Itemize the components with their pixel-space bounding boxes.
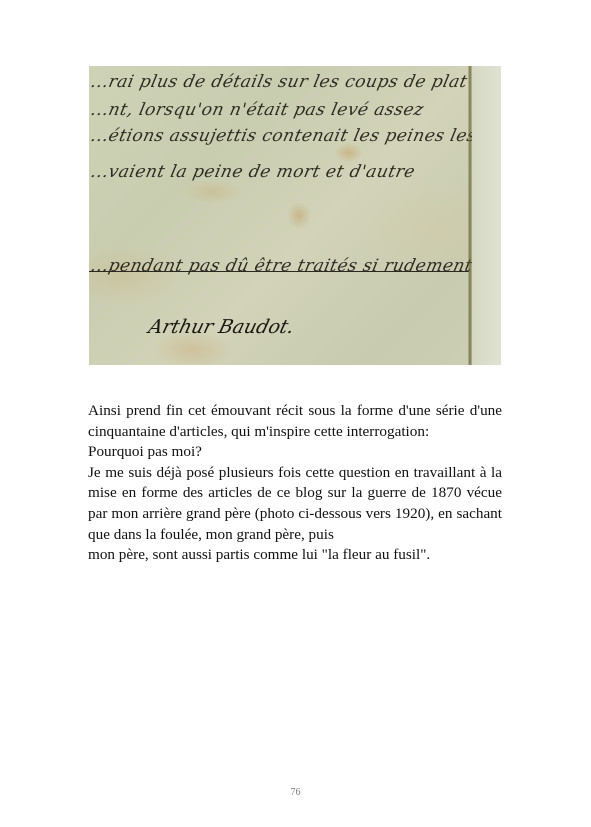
paragraph-2-last-line: mon père, sont aussi partis comme lui "l… [88,545,502,566]
handwriting-line-5: ...pendant pas dû être traités si rudeme… [89,256,480,276]
signature: Arthur Baudot. [146,316,296,338]
manuscript-photo: ...rai plus de détails sur les coups de … [89,66,501,365]
document-page: ...rai plus de détails sur les coups de … [0,0,591,827]
handwriting-underline [89,271,469,272]
handwriting-line-3: ...étions assujettis contenait les peine… [89,126,478,146]
handwriting-line-2: ...nt, lorsqu'on n'était pas levé assez [89,100,426,120]
page-number: 76 [0,787,591,798]
body-text: Ainsi prend fin cet émouvant récit sous … [88,401,502,566]
paragraph-2: Je me suis déjà posé plusieurs fois cett… [88,463,502,545]
paper-margin [472,66,501,365]
paragraph-1: Ainsi prend fin cet émouvant récit sous … [88,401,502,442]
paragraph-1-last-line: Pourquoi pas moi? [88,442,502,463]
text-line: Je me suis déjà posé plusieurs fois cett… [88,464,475,481]
text-line: mon père, sont aussi partis comme lui "l… [88,546,430,563]
handwriting-line-4: ...vaient la peine de mort et d'autre [89,162,417,182]
text-line: Pourquoi pas moi? [88,443,202,460]
text-line: Ainsi prend fin cet émouvant récit sous … [88,402,465,419]
handwriting-line-1: ...rai plus de détails sur les coups de … [89,72,469,92]
